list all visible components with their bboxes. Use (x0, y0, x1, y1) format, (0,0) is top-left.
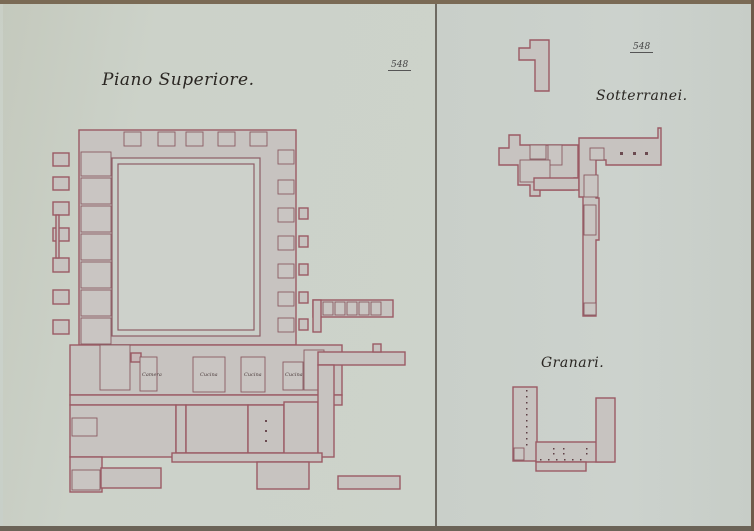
room-label-cucina-1: Cucina (200, 372, 218, 378)
room-label-camera: Camera (142, 372, 162, 378)
plan-sheet: Piano Superiore. 548 548 Sotterranei. Gr… (0, 0, 754, 531)
piano-superiore-plan: Camera Cucina Cucina Cucina (53, 130, 405, 492)
room-label-cucina-3: Cucina (285, 372, 303, 378)
room-label-cucina-2: Cucina (244, 372, 262, 378)
granari-plan (513, 387, 615, 471)
floor-plan-drawing: Camera Cucina Cucina Cucina (0, 0, 754, 531)
sotterranei-plan (499, 128, 661, 316)
small-tower-plan (519, 40, 549, 91)
